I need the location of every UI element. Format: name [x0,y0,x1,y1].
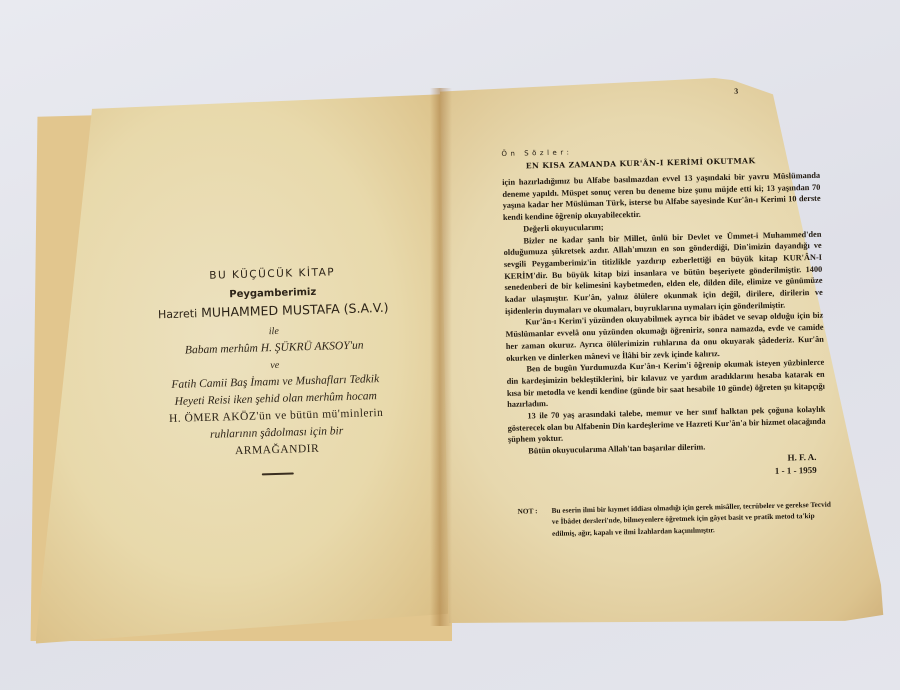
paragraph: Bizler ne kadar şanlı bir Millet, ünlü b… [503,228,823,317]
ornament-divider [262,473,294,476]
book-gutter [430,88,452,626]
note-label: NOT : [509,505,552,541]
note-text: Bu eserin ilmi bir kıymet iddiası olmadı… [551,498,832,539]
open-booklet: BU KÜÇÜCÜK KİTAP Peygamberimiz Hazreti M… [0,0,900,690]
page-number: 3 [734,87,738,96]
paragraph: Ben de bugün Yurdumuzda Kur'ân-ı Kerim'i… [506,357,825,411]
dedication-prefix: Hazreti [158,307,198,321]
dedication-name: MUHAMMED MUSTAFA (S.A.V.) [201,300,389,320]
paragraph: Kur'ân-ı Kerim'i yüzünden okuyabilmek ay… [505,310,824,364]
dedication: BU KÜÇÜCÜK KİTAP Peygamberimiz Hazreti M… [122,264,428,483]
paragraph: için hazırladığımız bu Alfabe basılmazda… [502,170,821,224]
preface-heading: EN KISA ZAMANDA KUR'ÂN-I KERİMİ OKUTMAK [526,154,832,170]
preface: 3 Ön Sözler: EN KISA ZAMANDA KUR'ÂN-I KE… [500,81,840,541]
dedication-prophet-name: Hazreti MUHAMMED MUSTAFA (S.A.V.) [123,299,423,322]
